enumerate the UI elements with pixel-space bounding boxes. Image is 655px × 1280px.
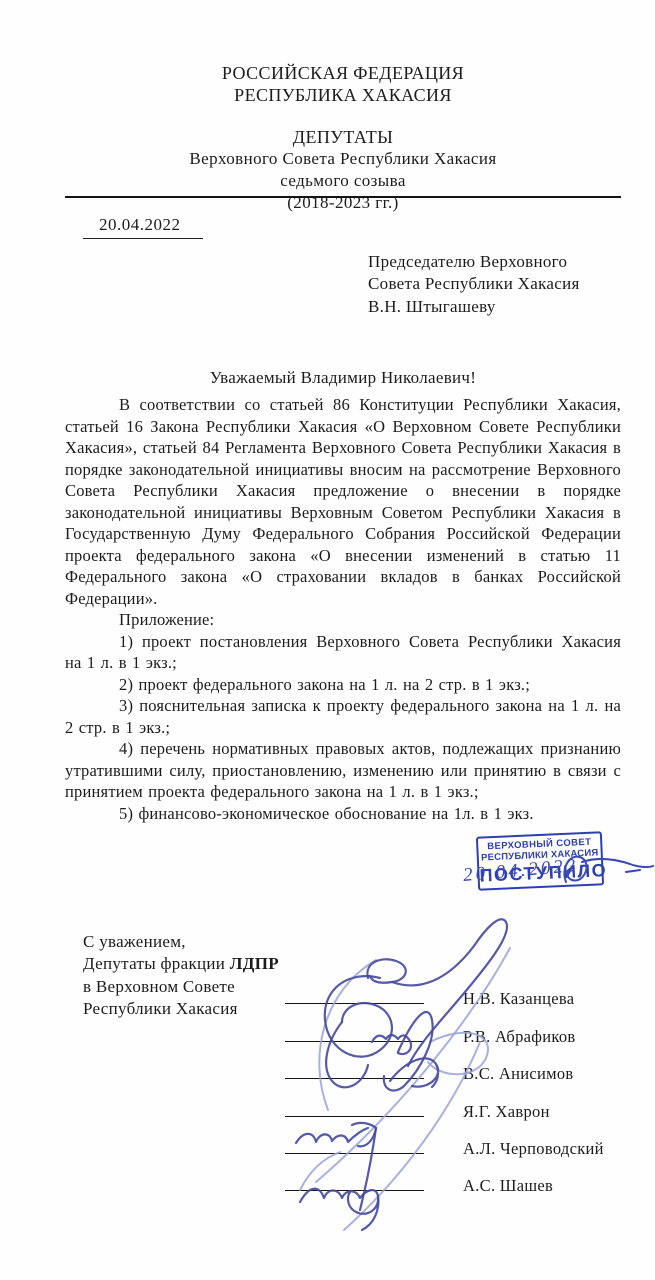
- signatory-name: Н.В. Казанцева: [463, 989, 574, 1009]
- attachment-item: 5) финансово-экономическое обоснование н…: [65, 803, 621, 825]
- closing-faction-name: ЛДПР: [230, 954, 279, 973]
- attachment-item: 2) проект федерального закона на 1 л. на…: [65, 674, 621, 696]
- signatory-name: А.Л. Черповодский: [463, 1139, 604, 1159]
- letterhead-org-sub2: седьмого созыва: [65, 170, 621, 192]
- signature-line: [285, 1190, 424, 1191]
- signatory-name: Р.В. Абрафиков: [463, 1027, 575, 1047]
- recipient-block: Председателю Верховного Совета Республик…: [368, 251, 580, 318]
- recipient-line3: В.Н. Штыгашеву: [368, 296, 580, 318]
- signatory-name: В.С. Анисимов: [463, 1064, 574, 1084]
- recipient-line2: Совета Республики Хакасия: [368, 273, 580, 295]
- letterhead: РОССИЙСКАЯ ФЕДЕРАЦИЯ РЕСПУБЛИКА ХАКАСИЯ …: [65, 62, 621, 214]
- closing-block: С уважением, Депутаты фракции ЛДПР в Вер…: [83, 931, 279, 1021]
- letterhead-country: РОССИЙСКАЯ ФЕДЕРАЦИЯ: [65, 62, 621, 84]
- closing-line1: С уважением,: [83, 931, 279, 953]
- closing-line4: Республики Хакасия: [83, 998, 279, 1020]
- scanned-letter-page: РОССИЙСКАЯ ФЕДЕРАЦИЯ РЕСПУБЛИКА ХАКАСИЯ …: [0, 0, 655, 1280]
- signatory-name: Я.Г. Хаврон: [463, 1102, 550, 1122]
- letterhead-divider-line: [65, 196, 621, 198]
- closing-line2-text: Депутаты фракции: [83, 954, 230, 973]
- stamp-signature-flourish: [556, 846, 655, 891]
- recipient-line1: Председателю Верховного: [368, 251, 580, 273]
- attachment-item: 3) пояснительная записка к проекту федер…: [65, 695, 621, 738]
- closing-line3: в Верховном Совете: [83, 976, 279, 998]
- signature-line: [285, 1041, 424, 1042]
- letterhead-republic: РЕСПУБЛИКА ХАКАСИЯ: [65, 84, 621, 106]
- body-paragraph: В соответствии со статьей 86 Конституции…: [65, 394, 621, 609]
- closing-line2: Депутаты фракции ЛДПР: [83, 953, 279, 975]
- letterhead-org-sub1: Верховного Совета Республики Хакасия: [65, 148, 621, 170]
- attachments-label: Приложение:: [65, 609, 621, 631]
- signature-line: [285, 1116, 424, 1117]
- attachment-item: 4) перечень нормативных правовых актов, …: [65, 738, 621, 803]
- signature-line: [285, 1153, 424, 1154]
- signatory-name: А.С. Шашев: [463, 1176, 553, 1196]
- letterhead-org: ДЕПУТАТЫ: [65, 126, 621, 148]
- document-date: 20.04.2022: [83, 215, 203, 239]
- signature-line: [285, 1003, 424, 1004]
- letter-body: В соответствии со статьей 86 Конституции…: [65, 394, 621, 824]
- signature-line: [285, 1078, 424, 1079]
- salutation: Уважаемый Владимир Николаевич!: [65, 368, 621, 388]
- attachment-item: 1) проект постановления Верховного Совет…: [65, 631, 621, 674]
